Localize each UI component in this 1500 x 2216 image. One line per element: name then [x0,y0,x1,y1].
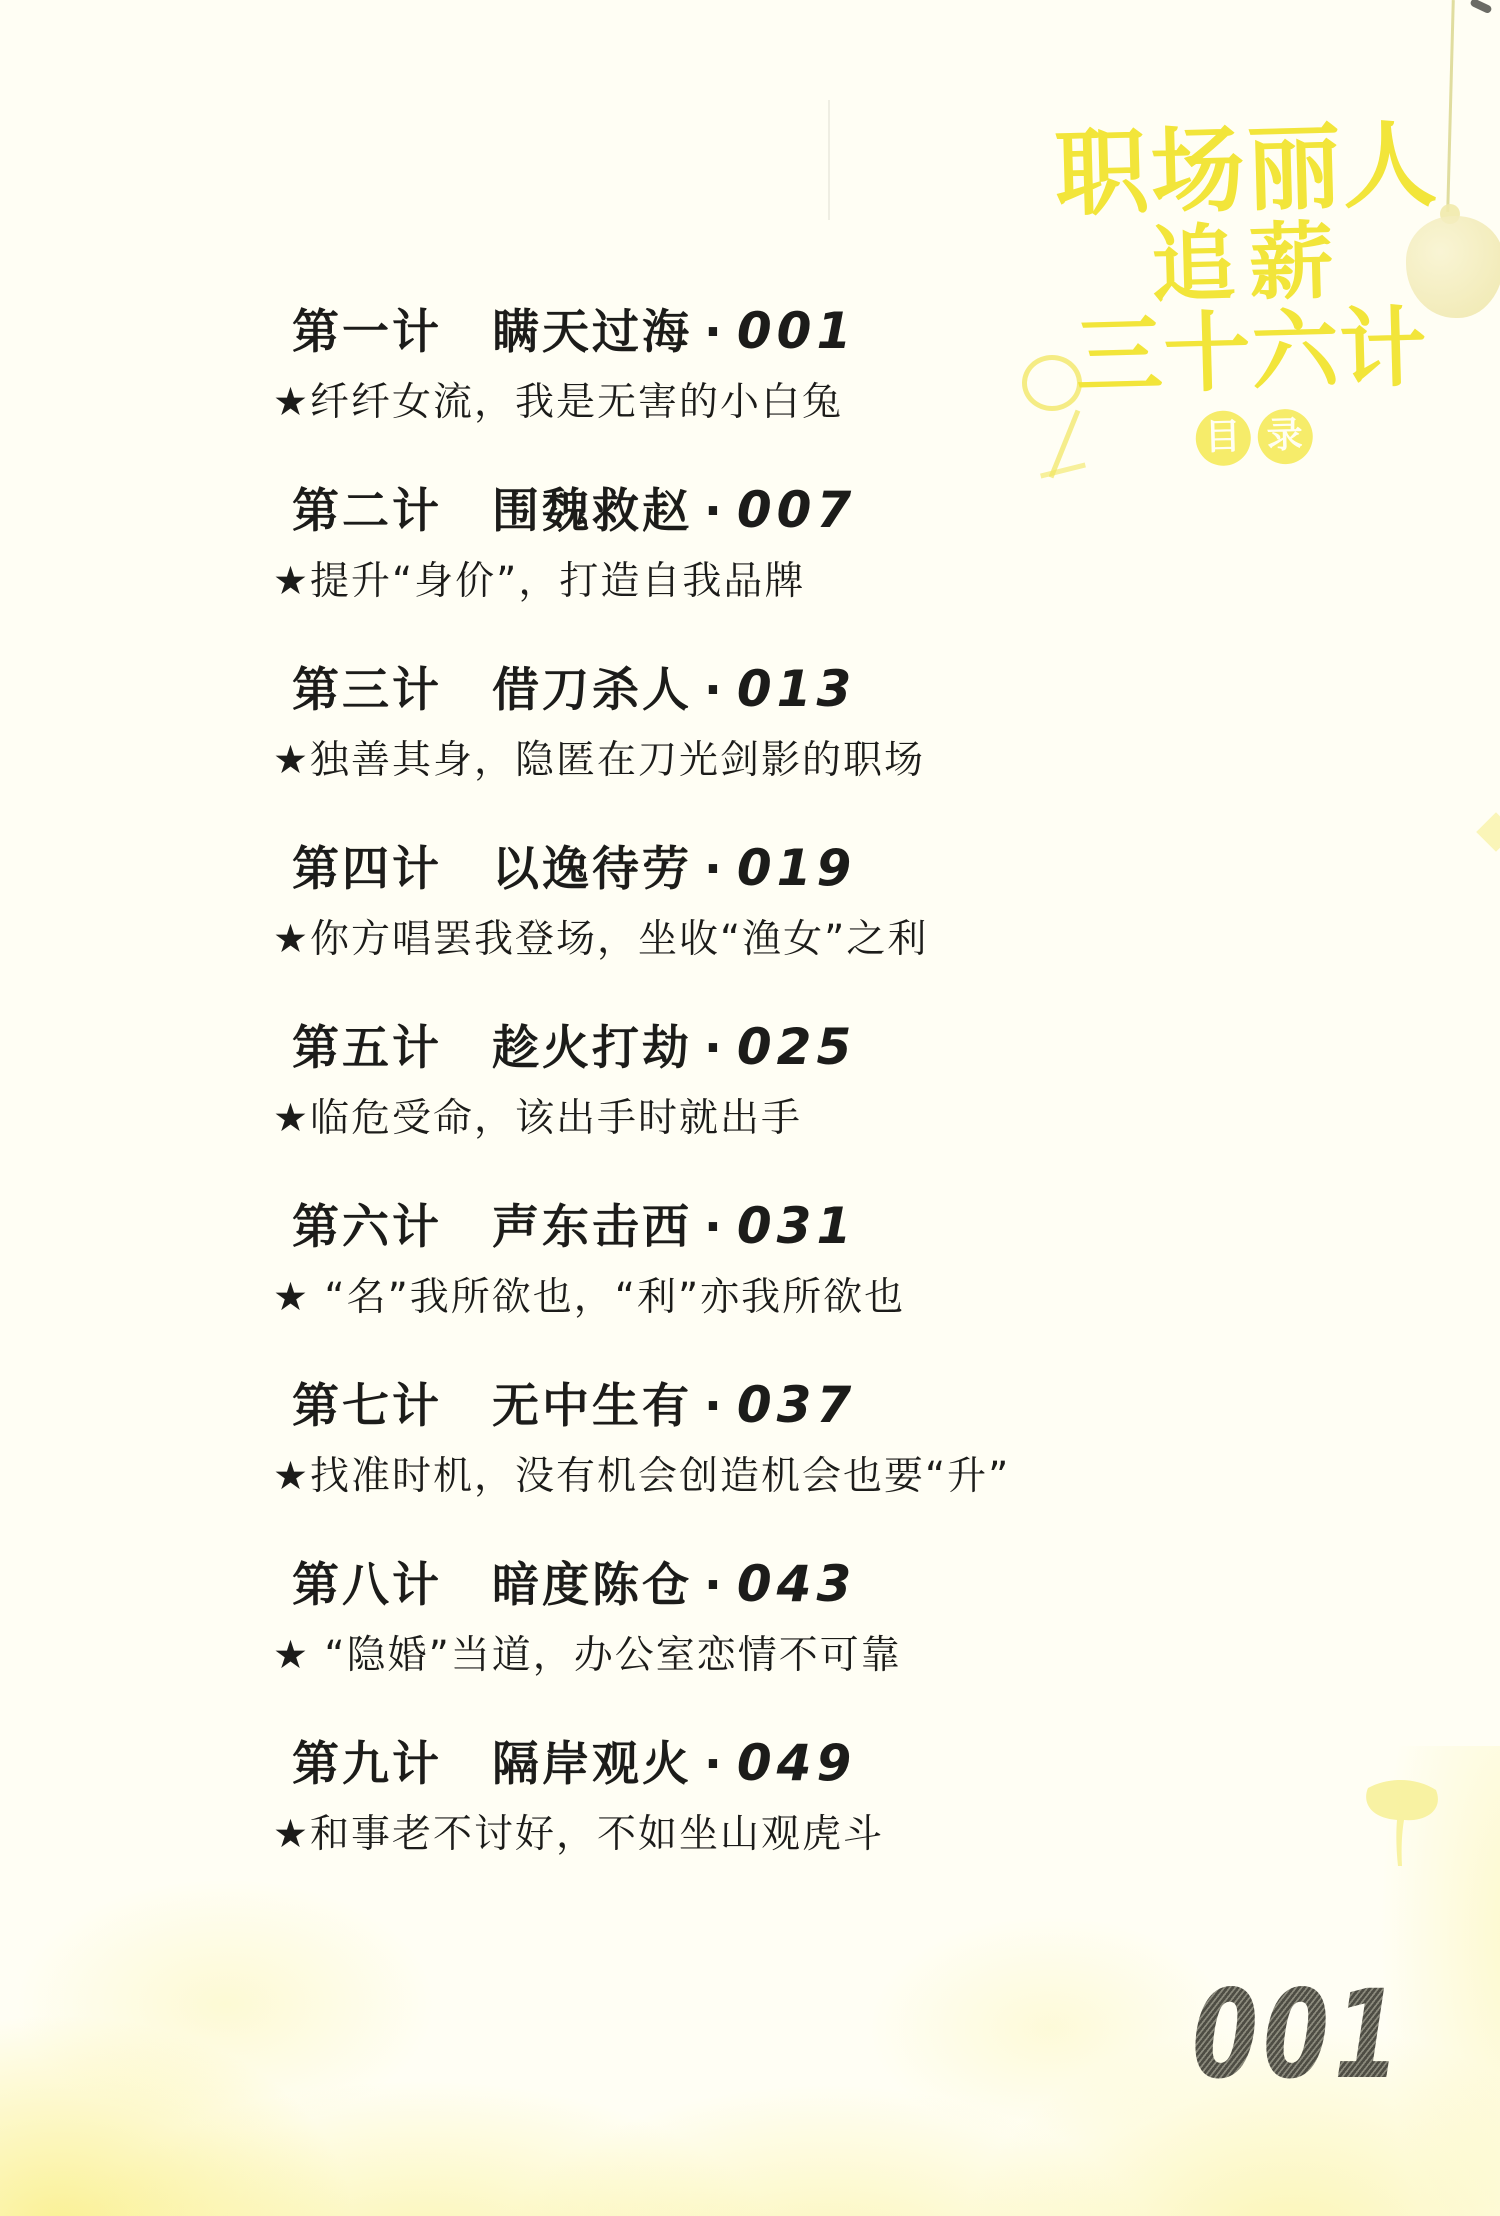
page-number: 013 [737,660,856,718]
paper-crease [828,100,830,220]
page-number: 031 [737,1197,856,1255]
toc-entry-note: ★ “名”我所欲也，“利”亦我所欲也 [273,1278,1010,1317]
toc-entry: 第一计瞒天过海·001 ★纤纤女流，我是无害的小白兔 [273,306,1010,422]
stratagem-name: 以逸待劳 [492,842,692,897]
page-number: 007 [737,481,856,539]
chapter-number: 第六计 [292,1200,442,1255]
dot-separator: · [704,663,725,718]
book-title-block: 职场丽人 追薪 三十六计 目 录 [1036,117,1465,470]
toc-entry: 第二计围魏救赵·007 ★提升“身价”，打造自我品牌 [273,485,1010,601]
toc-entry-note: ★和事老不讨好，不如坐山观虎斗 [273,1815,1010,1854]
toc-entry-note: ★纤纤女流，我是无害的小白兔 [273,383,1010,422]
stratagem-name: 声东击西 [492,1200,692,1255]
stratagem-name: 无中生有 [492,1379,692,1434]
scan-corner-mark [1469,0,1492,14]
contents-badge: 目 录 [1043,404,1464,470]
page-number: 019 [737,839,856,897]
stratagem-name: 借刀杀人 [492,663,692,718]
chapter-number: 第四计 [292,842,442,897]
chapter-number: 第九计 [292,1737,442,1792]
dot-separator: · [704,1737,725,1792]
toc-entry-note: ★独善其身，隐匿在刀光剑影的职场 [273,741,1010,780]
contents-badge-char: 录 [1257,408,1313,464]
toc-entry: 第三计借刀杀人·013 ★独善其身，隐匿在刀光剑影的职场 [273,664,1010,780]
page-number: 049 [737,1734,856,1792]
folio-page-number: 001 [1192,1974,1405,2096]
page-number: 037 [737,1376,856,1434]
chapter-number: 第二计 [292,484,442,539]
toc-entry-note: ★提升“身价”，打造自我品牌 [273,562,1010,601]
chapter-number: 第三计 [292,663,442,718]
toc-entry-title: 第六计声东击西·031 [273,1201,1010,1251]
chapter-number: 第八计 [292,1558,442,1613]
dot-separator: · [704,1200,725,1255]
toc-entry-note: ★ “隐婚”当道，办公室恋情不可靠 [273,1636,1010,1675]
stratagem-name: 瞒天过海 [492,305,692,360]
dot-separator: · [704,1558,725,1613]
toc-entry-title: 第九计隔岸观火·049 [273,1738,1010,1788]
edge-decoration [1476,812,1500,852]
dot-separator: · [704,842,725,897]
toc-entry-note: ★临危受命，该出手时就出手 [273,1099,1010,1138]
chapter-number: 第七计 [292,1379,442,1434]
book-title-line1: 职场丽人 [1036,117,1458,226]
toc-entry-title: 第三计借刀杀人·013 [273,664,1010,714]
dot-separator: · [704,484,725,539]
stratagem-name: 趁火打劫 [492,1021,692,1076]
chapter-number: 第五计 [292,1021,442,1076]
stratagem-name: 暗度陈仓 [492,1558,692,1613]
toc-entry-title: 第四计以逸待劳·019 [273,843,1010,893]
chapter-number: 第一计 [292,305,442,360]
toc-entry-title: 第七计无中生有·037 [273,1380,1010,1430]
toc-entry: 第六计声东击西·031 ★ “名”我所欲也，“利”亦我所欲也 [273,1201,1010,1317]
contents-badge-char: 目 [1195,410,1251,466]
book-title-line3: 三十六计 [1040,302,1462,403]
ginkgo-leaf-icon [1356,1770,1451,1870]
table-of-contents: 第一计瞒天过海·001 ★纤纤女流，我是无害的小白兔 第二计围魏救赵·007 ★… [273,306,1010,1917]
toc-entry-title: 第二计围魏救赵·007 [273,485,1010,535]
scanned-toc-page: 职场丽人 追薪 三十六计 目 录 第一计瞒天过海·001 ★纤纤女流，我是无害的… [0,0,1500,2216]
toc-entry: 第八计暗度陈仓·043 ★ “隐婚”当道，办公室恋情不可靠 [273,1559,1010,1675]
toc-entry-note: ★找准时机，没有机会创造机会也要“升” [273,1457,1010,1496]
stratagem-name: 隔岸观火 [492,1737,692,1792]
stratagem-name: 围魏救赵 [492,484,692,539]
toc-entry: 第七计无中生有·037 ★找准时机，没有机会创造机会也要“升” [273,1380,1010,1496]
toc-entry-title: 第八计暗度陈仓·043 [273,1559,1010,1609]
toc-entry: 第五计趁火打劫·025 ★临危受命，该出手时就出手 [273,1022,1010,1138]
toc-entry-title: 第五计趁火打劫·025 [273,1022,1010,1072]
dot-separator: · [704,1021,725,1076]
page-number: 001 [737,302,856,360]
dot-separator: · [704,305,725,360]
dot-separator: · [704,1379,725,1434]
toc-entry-title: 第一计瞒天过海·001 [273,306,1010,356]
toc-entry: 第九计隔岸观火·049 ★和事老不讨好，不如坐山观虎斗 [273,1738,1010,1854]
page-number: 043 [737,1555,856,1613]
page-number: 025 [737,1018,856,1076]
toc-entry: 第四计以逸待劳·019 ★你方唱罢我登场，坐收“渔女”之利 [273,843,1010,959]
toc-entry-note: ★你方唱罢我登场，坐收“渔女”之利 [273,920,1010,959]
